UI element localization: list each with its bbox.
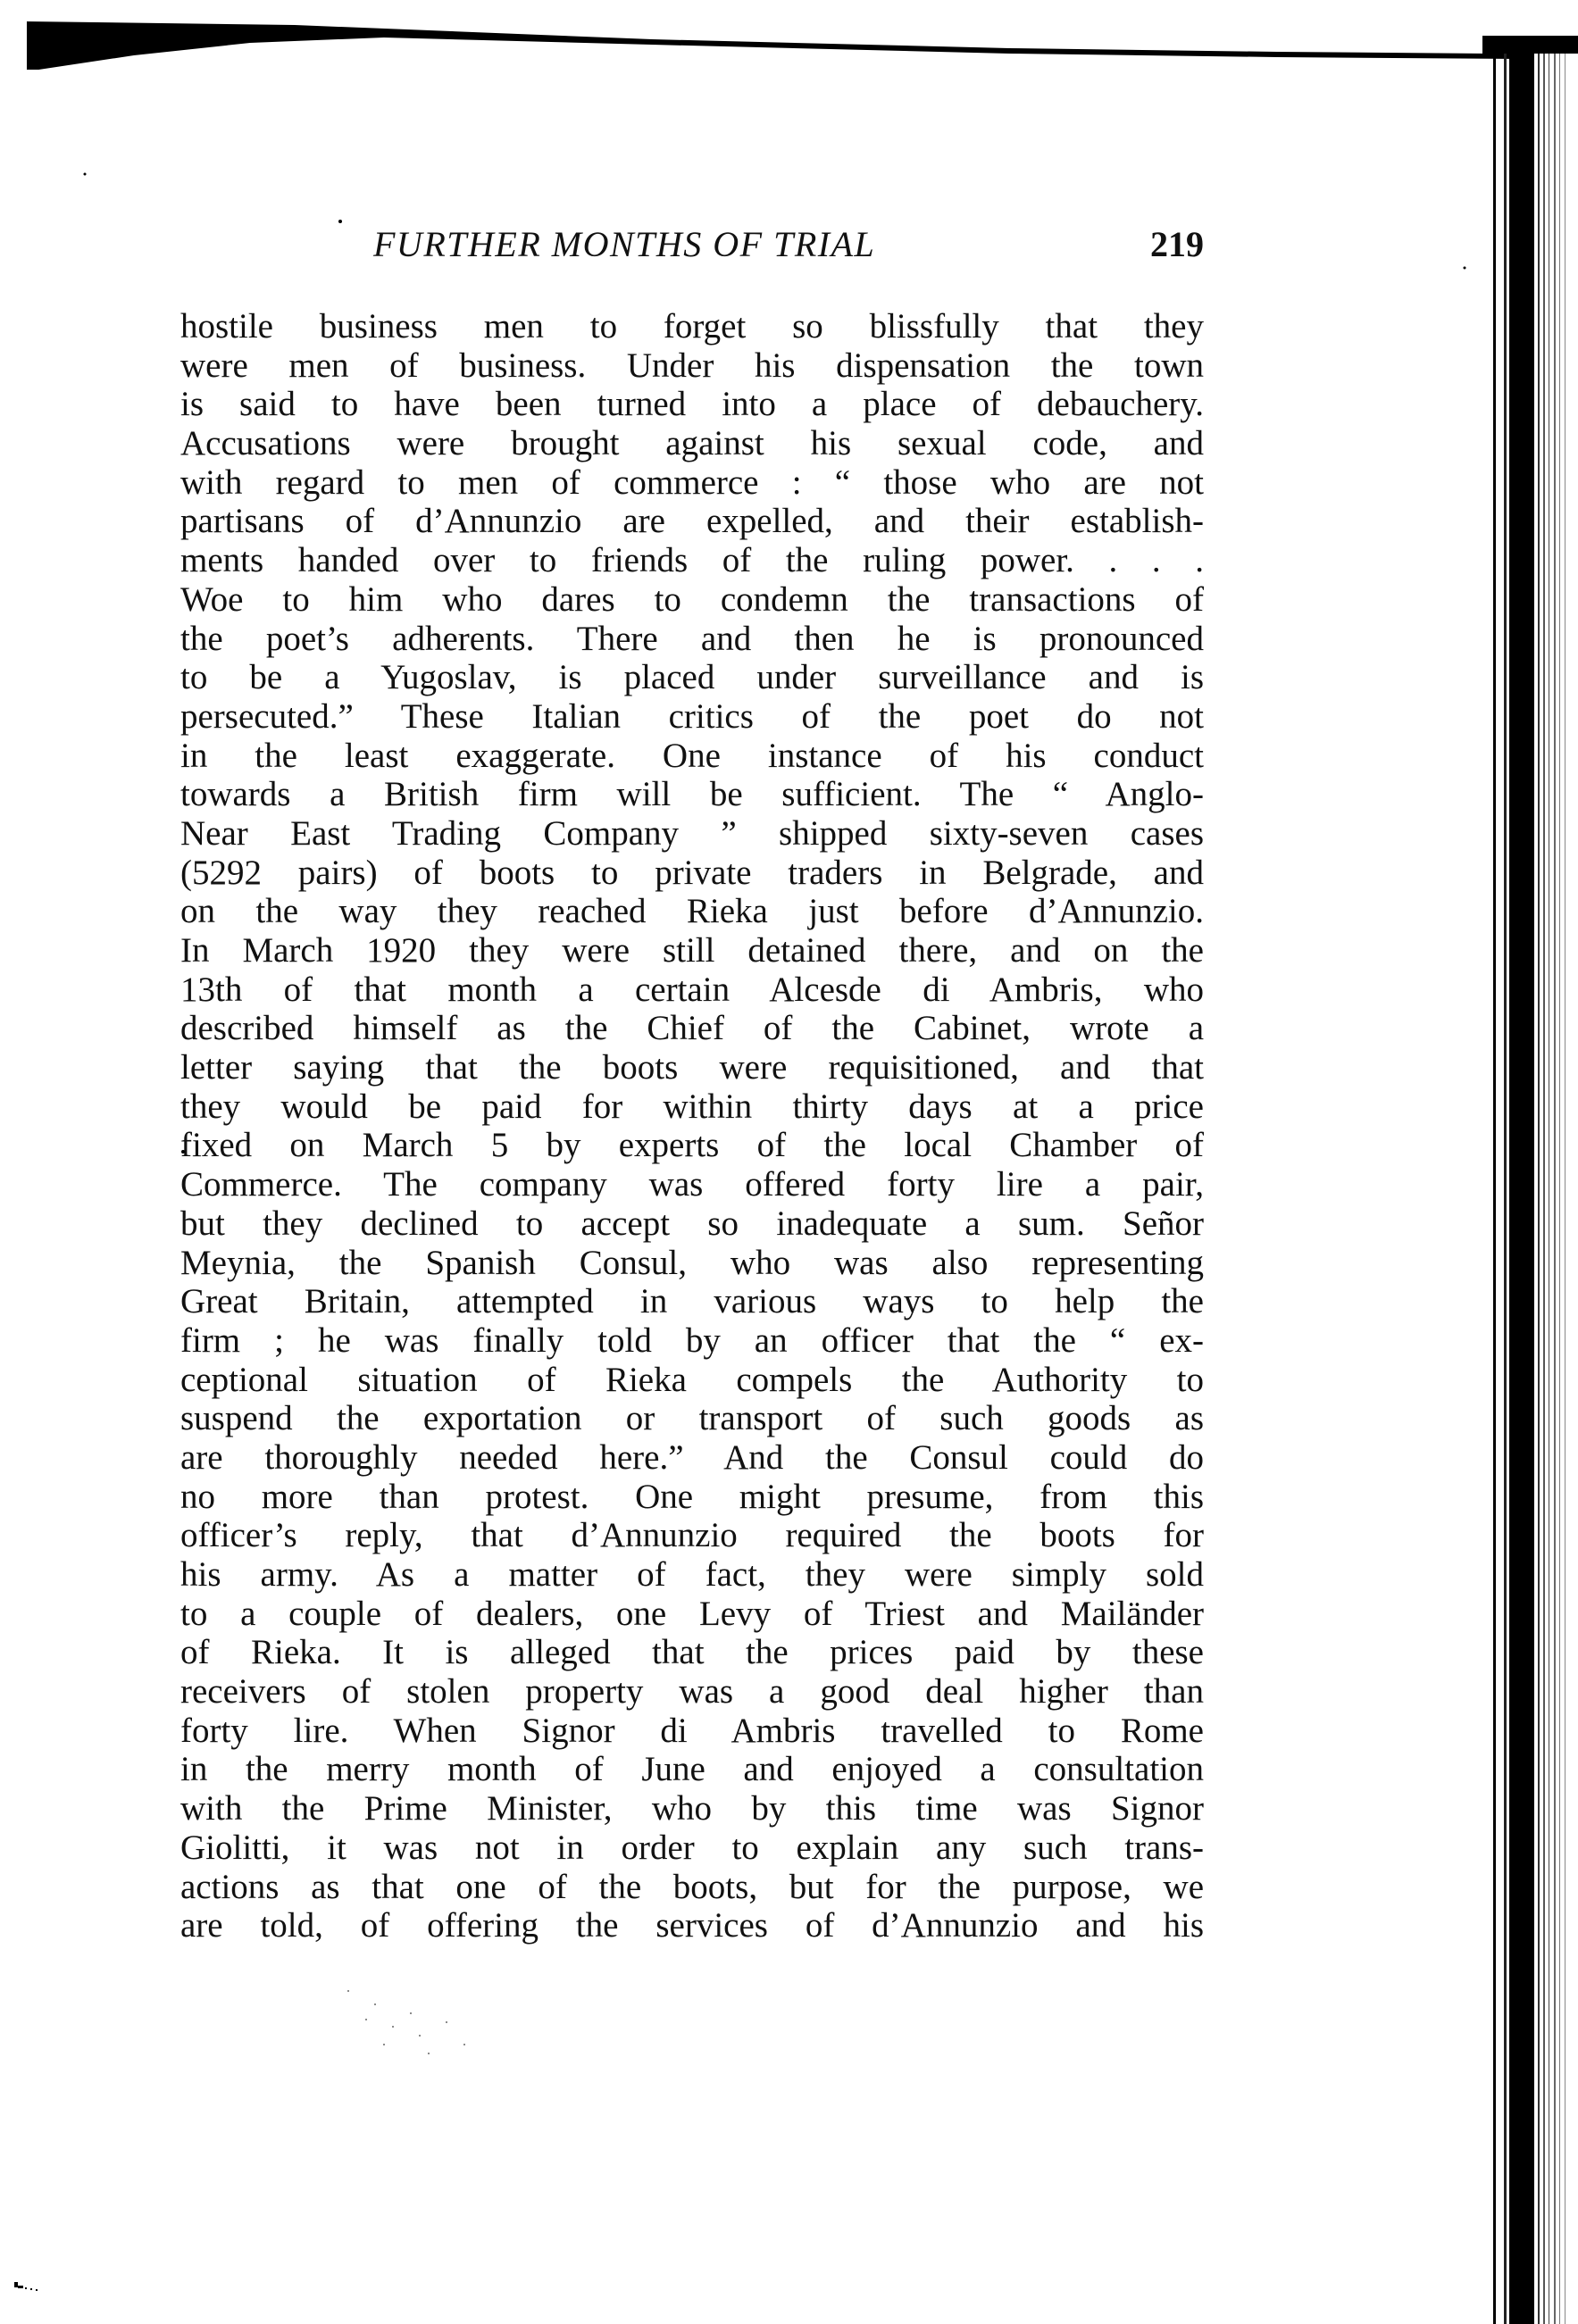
- text-line: no more than protest. One might presume,…: [180, 1478, 1204, 1517]
- text-line: Great Britain, attempted in various ways…: [180, 1282, 1204, 1321]
- text-line: ments handed over to friends of the ruli…: [180, 541, 1204, 580]
- text-line: Meynia, the Spanish Consul, who was also…: [180, 1244, 1204, 1283]
- text-line: Giolitti, it was not in order to explain…: [180, 1828, 1204, 1868]
- text-line: Woe to him who dares to condemn the tran…: [180, 580, 1204, 620]
- book-spine-edge: [1482, 36, 1578, 2324]
- text-line: firm ; he was finally told by an officer…: [180, 1321, 1204, 1361]
- text-line: to be a Yugoslav, is placed under survei…: [180, 658, 1204, 697]
- text-line: towards a British firm will be sufficien…: [180, 775, 1204, 814]
- text-line: 13th of that month a certain Alcesde di …: [180, 970, 1204, 1010]
- text-line: Near East Trading Company ” shipped sixt…: [180, 814, 1204, 854]
- text-line: in the least exaggerate. One instance of…: [180, 737, 1204, 776]
- text-line: Accusations were brought against his sex…: [180, 424, 1204, 463]
- text-line: were men of business. Under his dispensa…: [180, 346, 1204, 386]
- body-text: hostile business men to forget so blissf…: [180, 307, 1204, 1945]
- text-line: is said to have been turned into a place…: [180, 385, 1204, 424]
- text-line: partisans of d’Annunzio are expelled, an…: [180, 502, 1204, 541]
- scan-top-edge-shadow: [27, 16, 1518, 70]
- text-line: but they declined to accept so inadequat…: [180, 1204, 1204, 1244]
- text-line: described himself as the Chief of the Ca…: [180, 1009, 1204, 1048]
- text-line: with regard to men of commerce : “ those…: [180, 463, 1204, 503]
- text-line: to a couple of dealers, one Levy of Trie…: [180, 1595, 1204, 1634]
- text-line: they would be paid for within thirty day…: [180, 1087, 1204, 1127]
- chapter-title: FURTHER MONTHS OF TRIAL: [373, 225, 875, 264]
- text-line: on the way they reached Rieka just befor…: [180, 892, 1204, 931]
- text-line: the poet’s adherents. There and then he …: [180, 620, 1204, 659]
- text-line: his army. As a matter of fact, they were…: [180, 1555, 1204, 1595]
- text-line: forty lire. When Signor di Ambris travel…: [180, 1712, 1204, 1751]
- text-line: actions as that one of the boots, but fo…: [180, 1868, 1204, 1907]
- text-line: persecuted.” These Italian critics of th…: [180, 697, 1204, 737]
- text-line: in the merry month of June and enjoyed a…: [180, 1750, 1204, 1789]
- text-line: letter saying that the boots were requis…: [180, 1048, 1204, 1087]
- text-line: Commerce. The company was offered forty …: [180, 1165, 1204, 1204]
- running-head: FURTHER MONTHS OF TRIAL 219: [373, 225, 1204, 264]
- text-line: ceptional situation of Rieka compels the…: [180, 1361, 1204, 1400]
- page-number: 219: [1150, 225, 1204, 264]
- text-line: hostile business men to forget so blissf…: [180, 307, 1204, 346]
- text-line: are told, of offering the services of d’…: [180, 1906, 1204, 1945]
- text-line: with the Prime Minister, who by this tim…: [180, 1789, 1204, 1828]
- text-line: are thoroughly needed here.” And the Con…: [180, 1438, 1204, 1478]
- text-line: suspend the exportation or transport of …: [180, 1399, 1204, 1438]
- text-line: receivers of stolen property was a good …: [180, 1672, 1204, 1712]
- text-line: fixed on March 5 by experts of the local…: [180, 1126, 1204, 1165]
- text-line: of Rieka. It is alleged that the prices …: [180, 1633, 1204, 1672]
- text-line: (5292 pairs) of boots to private traders…: [180, 854, 1204, 893]
- text-line: In March 1920 they were still detained t…: [180, 931, 1204, 970]
- text-line: officer’s reply, that d’Annunzio require…: [180, 1516, 1204, 1555]
